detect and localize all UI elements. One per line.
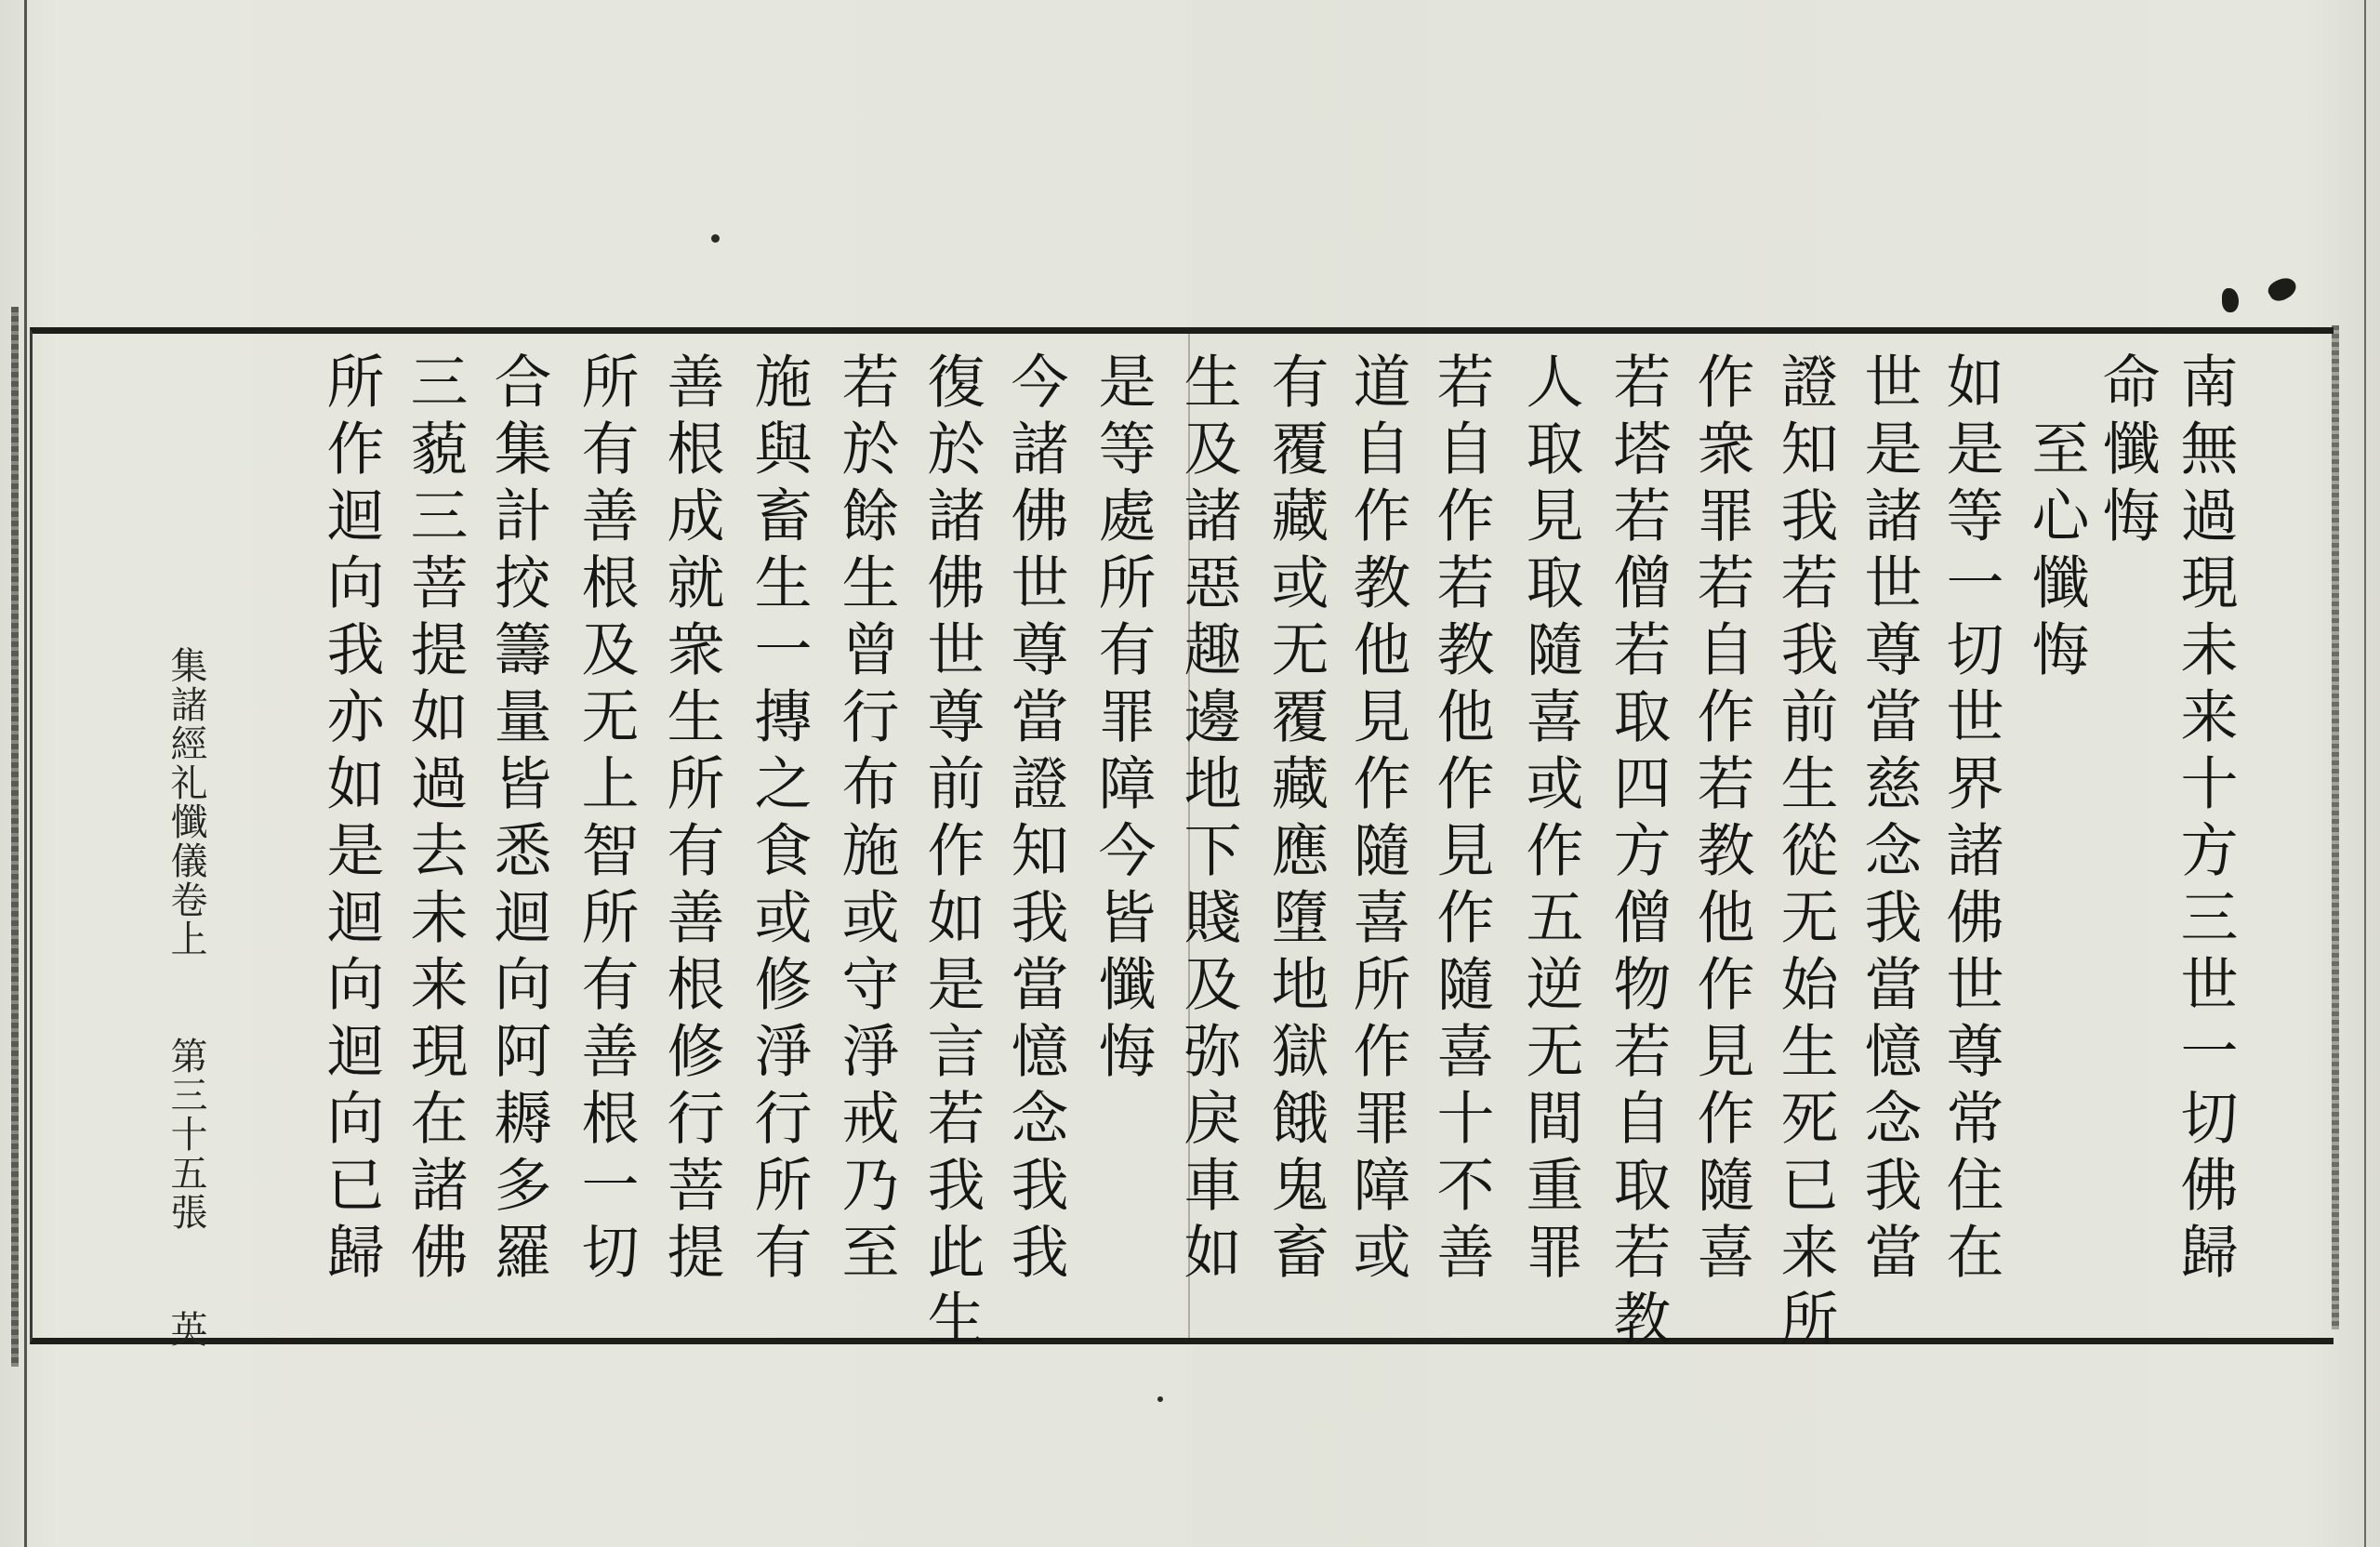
ink-blot	[2222, 288, 2239, 312]
text-column-4: 如是等一切世界諸佛世尊常住在	[1941, 351, 1999, 1289]
binding-shadow-left	[11, 307, 19, 1367]
text-column-8: 若塔若僧若取四方僧物若自取若教	[1608, 351, 1666, 1355]
text-column-22: 三藐三菩提如過去未来現在諸佛	[405, 351, 463, 1289]
text-column-20: 所有善根及无上智所有善根一切	[576, 351, 634, 1289]
text-column-13: 生及諸惡趣邊地下賤及弥戾車如	[1179, 351, 1236, 1289]
text-column-2: 命懺悔	[2097, 351, 2155, 552]
text-column-18: 施與畜生一摶之食或修淨行所有	[749, 351, 807, 1289]
colophon-mark: 英	[167, 1310, 205, 1349]
text-column-1: 南無過現未来十方三世一切佛歸	[2175, 351, 2233, 1289]
text-column-3: 至心懺悔	[2027, 418, 2084, 686]
text-column-9: 人取見取隨喜或作五逆无間重罪	[1521, 351, 1579, 1289]
text-column-5: 世是諸世尊當慈念我當憶念我當	[1859, 351, 1917, 1289]
text-column-21: 合集計挍籌量皆悉迴向阿耨多羅	[489, 351, 547, 1289]
text-column-16: 復於諸佛世尊前作如是言若我此生	[922, 351, 980, 1355]
text-column-11: 道自作教他見作隨喜所作罪障或	[1348, 351, 1406, 1289]
colophon-column: 集諸經礼懺儀卷上 第三十五張 英	[167, 646, 205, 1349]
text-column-12: 有覆藏或无覆藏應墮地獄餓鬼畜	[1266, 351, 1324, 1289]
page-edge-right	[2364, 0, 2366, 1547]
colophon-page-number: 第三十五張	[167, 1037, 205, 1232]
text-column-17: 若於餘生曾行布施或守淨戒乃至	[837, 351, 894, 1289]
text-column-10: 若自作若教他作見作隨喜十不善	[1432, 351, 1489, 1289]
text-column-15: 今諸佛世尊當證知我當憶念我我	[1006, 351, 1064, 1289]
text-column-14: 是等處所有罪障今皆懺悔	[1093, 351, 1151, 1088]
colophon-title: 集諸經礼懺儀卷上	[167, 646, 205, 959]
text-column-19: 善根成就衆生所有善根修行菩提	[662, 351, 720, 1289]
text-column-23: 所作迴向我亦如是迴向迴向已歸	[322, 351, 379, 1289]
text-column-6: 證知我若我前生從无始生死已来所	[1776, 351, 1833, 1355]
text-column-7: 作衆罪若自作若教他作見作隨喜	[1692, 351, 1750, 1289]
page-edge-left	[24, 0, 27, 1547]
ink-speck	[1157, 1396, 1163, 1402]
ink-speck	[711, 234, 720, 243]
